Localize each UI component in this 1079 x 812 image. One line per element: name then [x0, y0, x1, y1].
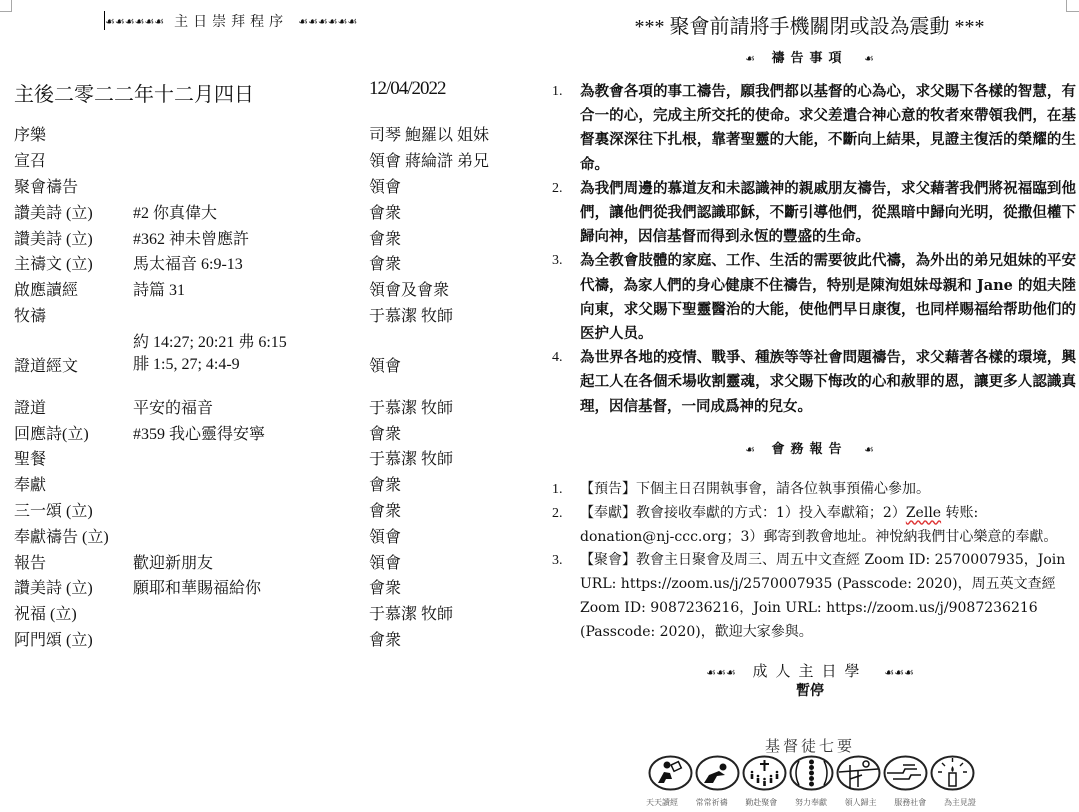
order-item: 回應詩(立) [14, 421, 133, 444]
prayer-number: 4. [552, 346, 580, 419]
order-leader: 會衆 [369, 498, 529, 521]
order-row: 讚美詩 (立)願耶和華賜福給你會衆 [14, 574, 534, 600]
order-row: 牧禱于慕潔 牧師 [14, 302, 534, 328]
order-leader: 領會 [369, 550, 529, 573]
prayer-item: 2.為我們周邊的慕道友和未認識神的親戚朋友禱告，求父藉著我們將祝福臨到他們，讓他… [552, 177, 1076, 250]
order-item: 主禱文 (立) [14, 251, 133, 274]
order-item: 讚美詩 (立) [14, 226, 133, 249]
essential-label: 領人歸主 [845, 797, 877, 808]
order-leader: 于慕潔 牧師 [369, 395, 529, 418]
order-row: 證道經文約 14:27; 20:21 弗 6:15腓 1:5, 27; 4:4-… [14, 327, 534, 379]
order-leader: 會衆 [369, 575, 529, 598]
worship-order-heading: ☙☙☙☙☙☙ 主日崇拜程序 ☙☙☙☙☙☙ [105, 11, 425, 31]
order-leader: 于慕潔 牧師 [369, 601, 529, 624]
order-item: 讚美詩 (立) [14, 575, 133, 598]
order-leader: 領會 [369, 174, 529, 197]
order-row: 祝福 (立)于慕潔 牧師 [14, 600, 534, 626]
order-item: 啟應讀經 [14, 277, 133, 300]
essential-label: 勤赴聚會 [745, 797, 777, 808]
order-row: 聖餐于慕潔 牧師 [14, 445, 534, 471]
phone-silence-banner: *** 聚會前請將手機關閉或設為震動 *** [540, 10, 1079, 39]
order-row: 啟應讀經詩篇 31領會及會衆 [14, 276, 534, 302]
prayer-section-title: 禱告事項 [771, 51, 847, 66]
order-row: 阿門頌 (立)會衆 [14, 626, 534, 652]
prayer-item: 4.為世界各地的疫情、戰爭、種族等等社會問題禱告，求父藉著各樣的環境，興起工人在… [552, 346, 1076, 419]
seven-essentials-title: 基督徒七要 [640, 735, 980, 756]
order-item: 奉獻 [14, 472, 133, 495]
crop-mark-top-left [0, 0, 12, 12]
essential-label: 努力奉獻 [795, 797, 827, 808]
order-row: 奉獻禱告 (立)領會 [14, 522, 534, 548]
prayer-text: 為我們周邊的慕道友和未認識神的親戚朋友禱告，求父藉著我們將祝福臨到他們，讓他們從… [580, 177, 1076, 250]
order-row: 宣召領會 蔣綸滸 弟兄 [14, 147, 534, 173]
essential-label: 為主見證 [944, 797, 976, 808]
offering-fish-icon [789, 755, 834, 791]
order-item: 證道 [14, 395, 133, 418]
flourish-ornament-icon: ☙ [745, 52, 755, 65]
flourish-ornament-icon: ☙☙☙ [706, 666, 736, 679]
adult-school-title: 成人主日學 [752, 662, 867, 680]
notice-item: 1.【預告】下個主日召開執事會，請各位執事預備心參加。 [552, 478, 1076, 502]
order-detail: #362 神未曾應許 [133, 226, 369, 249]
order-leader: 會衆 [369, 251, 529, 274]
order-leader: 會衆 [369, 421, 529, 444]
order-item: 報告 [14, 550, 133, 573]
prayer-list: 1.為教會各項的事工禱告，願我們都以基督的心為心，求父賜下各樣的智慧，有合一的心… [552, 80, 1076, 419]
order-item: 三一頌 (立) [14, 498, 133, 521]
notice-section-title: 會務報告 [771, 442, 847, 457]
order-leader: 領會及會衆 [369, 277, 529, 300]
order-row: 三一頌 (立)會衆 [14, 497, 534, 523]
order-leader: 會衆 [369, 627, 529, 650]
notice-item: 2.【奉獻】教會接收奉獻的方式：1）投入奉獻箱；2）Zelle 转账: dona… [552, 502, 1076, 550]
order-detail: 歡迎新朋友 [133, 550, 369, 573]
order-row: 讚美詩 (立)#362 神未曾應許會衆 [14, 224, 534, 250]
prayer-number: 3. [552, 249, 580, 346]
order-leader: 司琴 鮑羅以 姐妹 [369, 122, 529, 145]
prayer-number: 1. [552, 80, 580, 177]
notice-list: 1.【預告】下個主日召開執事會，請各位執事預備心參加。 2.【奉獻】教會接收奉獻… [552, 478, 1076, 645]
order-leader: 會衆 [369, 200, 529, 223]
order-leader: 會衆 [369, 226, 529, 249]
prayer-item: 3.為全教會肢體的家庭、工作、生活的需要彼此代禱，為外出的弟兄姐妹的平安代禱，為… [552, 249, 1076, 346]
adult-school-status: 暫停 [640, 680, 980, 700]
essential-label: 常常祈禱 [696, 797, 728, 808]
seven-essentials-icons [648, 755, 975, 791]
order-row: 回應詩(立)#359 我心靈得安寧會衆 [14, 419, 534, 445]
order-row: 報告歡迎新朋友領會 [14, 548, 534, 574]
congregation-icon [742, 755, 787, 791]
prayer-text: 為教會各項的事工禱告，願我們都以基督的心為心，求父賜下各樣的智慧，有合一的心，完… [580, 80, 1076, 177]
order-detail: 馬太福音 6:9-13 [133, 251, 369, 274]
order-of-worship: 序樂司琴 鮑羅以 姐妹 宣召領會 蔣綸滸 弟兄 聚會禱告領會 讚美詩 (立)#2… [14, 121, 534, 651]
order-item: 宣召 [14, 148, 133, 171]
notice-number: 1. [552, 478, 580, 502]
date-chinese: 主後二零二二年十二月四日 [14, 78, 254, 107]
order-detail: #359 我心靈得安寧 [133, 421, 369, 444]
leading-people-icon [836, 755, 881, 791]
order-row: 證道平安的福音于慕潔 牧師 [14, 393, 534, 419]
flourish-ornament-icon: ☙ [864, 52, 874, 65]
order-leader: 領會 蔣綸滸 弟兄 [369, 148, 529, 171]
prayer-number: 2. [552, 177, 580, 250]
offering-text-before: 【奉獻】教會接收奉獻的方式：1）投入奉獻箱；2） [580, 505, 906, 521]
notice-number: 3. [552, 549, 580, 644]
order-leader: 會衆 [369, 472, 529, 495]
order-item: 聚會禱告 [14, 174, 133, 197]
order-item: 奉獻禱告 (立) [14, 524, 133, 547]
order-item: 序樂 [14, 122, 133, 145]
order-item: 聖餐 [14, 446, 133, 469]
worship-order-title: 主日崇拜程序 [174, 11, 288, 31]
order-row: 序樂司琴 鮑羅以 姐妹 [14, 121, 534, 147]
adult-school-heading: ☙☙☙ 成人主日學 ☙☙☙ [640, 660, 980, 681]
candle-witness-icon [930, 755, 975, 791]
notice-text: 【奉獻】教會接收奉獻的方式：1）投入奉獻箱；2）Zelle 转账: donati… [580, 502, 1076, 550]
prayer-section-heading: ☙ 禱告事項 ☙ [540, 47, 1079, 66]
order-detail: #2 你真偉大 [133, 200, 369, 223]
essential-label: 天天讀經 [646, 797, 678, 808]
order-row: 主禱文 (立)馬太福音 6:9-13會衆 [14, 250, 534, 276]
order-row: 聚會禱告領會 [14, 173, 534, 199]
order-item: 祝福 (立) [14, 601, 133, 624]
seven-essentials-labels: 天天讀經 常常祈禱 勤赴聚會 努力奉獻 領人歸主 服務社會 為主見證 [646, 797, 976, 808]
date-numeric: 12/04/2022 [369, 78, 446, 100]
prayer-text: 為全教會肢體的家庭、工作、生活的需要彼此代禱，為外出的弟兄姐妹的平安代禱，為家人… [580, 249, 1076, 346]
order-row: 讚美詩 (立)#2 你真偉大會衆 [14, 198, 534, 224]
order-leader: 于慕潔 牧師 [369, 446, 529, 469]
notice-number: 2. [552, 502, 580, 550]
notice-item: 3.【聚會】教會主日聚會及周三、周五中文查經 Zoom ID: 25700079… [552, 549, 1076, 644]
notice-section-heading: ☙ 會務報告 ☙ [540, 438, 1079, 457]
reading-bible-icon [648, 755, 693, 791]
notice-text: 【預告】下個主日召開執事會，請各位執事預備心參加。 [580, 478, 1076, 502]
order-detail: 願耶和華賜福給你 [133, 575, 369, 598]
scripture-line: 約 14:27; 20:21 弗 6:15 [133, 332, 369, 354]
flourish-ornament-icon: ☙☙☙ [884, 666, 914, 679]
flourish-ornament-icon: ☙☙☙☙☙☙ [105, 15, 164, 28]
order-item: 讚美詩 (立) [14, 200, 133, 223]
essential-label: 服務社會 [894, 797, 926, 808]
praying-icon [695, 755, 740, 791]
zelle-misspelled-word[interactable]: Zelle [906, 505, 941, 521]
order-item: 牧禱 [14, 303, 133, 326]
prayer-item: 1.為教會各項的事工禱告，願我們都以基督的心為心，求父賜下各樣的智慧，有合一的心… [552, 80, 1076, 177]
notice-text: 【聚會】教會主日聚會及周三、周五中文查經 Zoom ID: 2570007935… [580, 549, 1076, 644]
flourish-ornament-icon: ☙ [864, 443, 874, 456]
order-leader: 領會 [369, 524, 529, 547]
flourish-ornament-icon: ☙ [745, 443, 755, 456]
order-item: 阿門頌 (立) [14, 627, 133, 650]
serving-hands-icon [883, 755, 928, 791]
order-row: 奉獻會衆 [14, 471, 534, 497]
order-detail: 詩篇 31 [133, 277, 369, 300]
flourish-ornament-icon: ☙☙☙☙☙☙ [298, 15, 357, 28]
order-detail: 約 14:27; 20:21 弗 6:15腓 1:5, 27; 4:4-9 [133, 332, 369, 376]
order-detail: 平安的福音 [133, 395, 369, 418]
prayer-text: 為世界各地的疫情、戰爭、種族等等社會問題禱告，求父藉著各樣的環境，興起工人在各個… [580, 346, 1076, 419]
order-item: 證道經文 [14, 353, 133, 376]
order-leader: 領會 [369, 353, 529, 376]
scripture-line: 腓 1:5, 27; 4:4-9 [133, 354, 369, 376]
order-leader: 于慕潔 牧師 [369, 303, 529, 326]
